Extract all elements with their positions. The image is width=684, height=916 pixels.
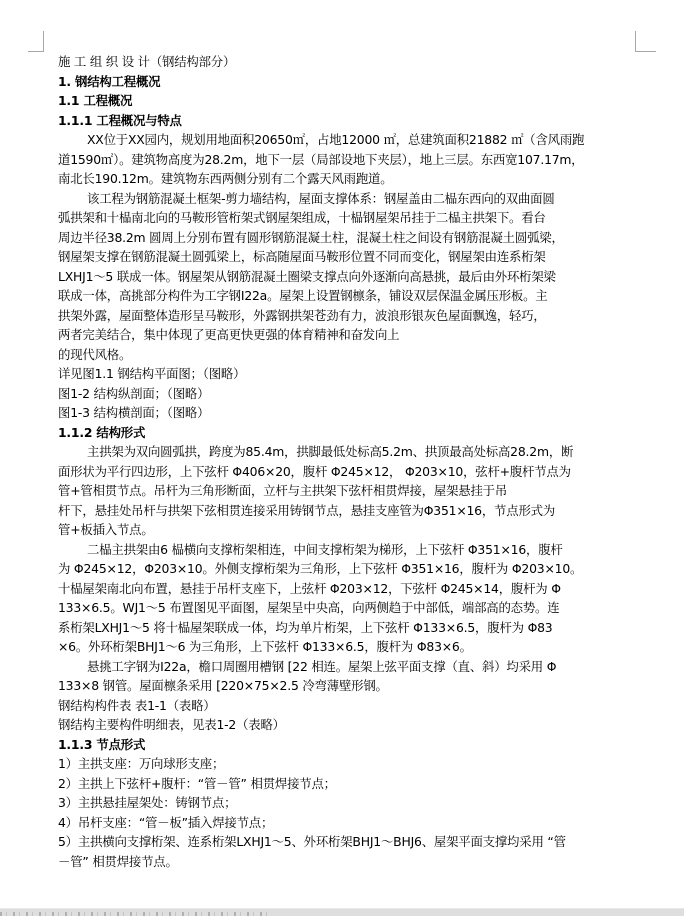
paragraph-line: 悬挑工字钢为I22a，檐口周圈用槽钢 [22 相连。屋架上弦平面支撑（直、斜）均… [58,657,638,677]
paragraph-line: 钢屋架支撑在钢筋混凝土圆弧梁上，标高随屋面马鞍形位置不同而变化，钢屋架由连系桁架 [58,247,638,267]
paragraph-line: ×6。外环桁架BHJ1～6 为三角形，上下弦杆 Φ133×6.5，腹杆为 Φ83… [58,637,638,657]
heading-1-1-2: 1.1.2 结构形式 [58,423,638,443]
status-bar [0,908,684,916]
list-item: 2）主拱上下弦杆+腹杆：“管－管” 相贯焊接节点； [58,774,638,794]
paragraph-line: 二榀主拱架由6 榀横向支撑桁架相连，中间支撑桁架为梯形，上下弦杆 Φ351×16… [58,540,638,560]
figure-ref: 图1-2 结构纵剖面；（图略） [58,384,638,404]
paragraph-line: 拱架外露，屋面整体造形呈马鞍形，外露钢拱架苍劲有力，波浪形银灰色屋面飘逸，轻巧， [58,306,638,326]
paragraph-line: 该工程为钢筋混凝土框架-剪力墙结构，屋面支撑体系：钢屋盖由二榀东西向的双曲面圆 [58,189,638,209]
paragraph-main-arch: 主拱架为双向圆弧拱，跨度为85.4m，拱脚最低处标高5.2m、拱顶最高处标高28… [58,442,638,540]
node-list: 1）主拱支座：万向球形支座； 2）主拱上下弦杆+腹杆：“管－管” 相贯焊接节点；… [58,754,638,871]
paragraph-line: 系桁架LXHJ1～5 将十榀屋架联成一体，均为单片桁架，上下弦杆 Φ133×6.… [58,618,638,638]
paragraph-line: 面形状为平行四边形，上下弦杆 Φ406×20，腹杆 Φ245×12， Φ203×… [58,462,638,482]
table-ref: 钢结构主要构件明细表，见表1-2（表略） [58,715,638,735]
paragraph-line: 弧拱架和十榀南北向的马鞍形管桁架式钢屋架组成，十榀钢屋架吊挂于二榀主拱架下。看台 [58,208,638,228]
paragraph-line: 道1590㎡）。建筑物高度为28.2m，地下一层（局部设地下夹层），地上三层。东… [58,150,638,170]
paragraph-line: 的现代风格。 [58,345,638,365]
paragraph-line: 十榀屋架南北向布置，悬挂于吊杆支座下，上弦杆 Φ203×12，下弦杆 Φ245×… [58,579,638,599]
paragraph-line: 管+板插入节点。 [58,520,638,540]
table-references: 钢结构构件表 表1-1（表略） 钢结构主要构件明细表，见表1-2（表略） [58,696,638,735]
top-right-margin-mark [635,31,656,52]
list-item: 5）主拱横向支撑桁架、连系桁架LXHJ1～5、外环桁架BHJ1～BHJ6、屋架平… [58,832,638,852]
paragraph-line: XX位于XX园内，规划用地面积20650㎡，占地12000 ㎡，总建筑面积218… [58,130,638,150]
paragraph-line: 联成一体，高挑部分构件为工字钢I22a。屋架上设置钢檩条，铺设双层保温金属压形板… [58,286,638,306]
figure-references: 详见图1.1 钢结构平面图；（图略） 图1-2 结构纵剖面；（图略） 图1-3 … [58,364,638,423]
paragraph-cantilever: 悬挑工字钢为I22a，檐口周圈用槽钢 [22 相连。屋架上弦平面支撑（直、斜）均… [58,657,638,696]
list-item: 4）吊杆支座：“管－板”插入焊接节点； [58,813,638,833]
paragraph-line: 133×8 钢管。屋面檩条采用 [220×75×2.5 冷弯薄壁形钢。 [58,676,638,696]
status-bar-text-cutoff [0,912,270,916]
paragraph-line: 管+管相贯节点。吊杆为三角形断面，立杆与主拱架下弦杆相贯焊接，屋架悬挂于吊 [58,481,638,501]
heading-1: 1. 钢结构工程概况 [58,72,638,92]
paragraph-line: 南北长190.12m。建筑物东西两侧分别有二个露天风雨跑道。 [58,169,638,189]
heading-1-1-3: 1.1.3 节点形式 [58,735,638,755]
heading-1-1: 1.1 工程概况 [58,91,638,111]
paragraph-overview: XX位于XX园内，规划用地面积20650㎡，占地12000 ㎡，总建筑面积218… [58,130,638,189]
paragraph-line: 为 Φ245×12，Φ203×10。外侧支撑桁架为三角形，上下弦杆 Φ351×1… [58,559,638,579]
paragraph-line: LXHJ1～5 联成一体。钢屋架从钢筋混凝土圈梁支撑点向外逐渐向高悬挑，最后由外… [58,267,638,287]
top-left-margin-mark [28,31,44,52]
list-item: 3）主拱悬挂屋架处：铸钢节点； [58,793,638,813]
paragraph-line: 杆下，悬挂处吊杆与拱架下弦相贯连接采用铸钢节点，悬挂支座管为Φ351×16，节点… [58,501,638,521]
document-body[interactable]: 施 工 组 织 设 计（钢结构部分） 1. 钢结构工程概况 1.1 工程概况 1… [58,52,638,871]
list-item: 1）主拱支座：万向球形支座； [58,754,638,774]
paragraph-line: 两者完美结合，集中体现了更高更快更强的体育精神和奋发向上 [58,325,638,345]
paragraph-line: 周边半径38.2m 圆周上分别布置有圆形钢筋混凝土柱，混凝土柱之间设有钢筋混凝土… [58,228,638,248]
figure-ref: 图1-3 结构横剖面；（图略） [58,403,638,423]
table-ref: 钢结构构件表 表1-1（表略） [58,696,638,716]
paragraph-trusses: 二榀主拱架由6 榀横向支撑桁架相连，中间支撑桁架为梯形，上下弦杆 Φ351×16… [58,540,638,657]
document-title: 施 工 组 织 设 计（钢结构部分） [58,52,638,72]
figure-ref: 详见图1.1 钢结构平面图；（图略） [58,364,638,384]
paragraph-line: 主拱架为双向圆弧拱，跨度为85.4m，拱脚最低处标高5.2m、拱顶最高处标高28… [58,442,638,462]
list-item: －管” 相贯焊接节点。 [58,852,638,872]
heading-1-1-1: 1.1.1 工程概况与特点 [58,111,638,131]
paragraph-line: 133×6.5。WJ1～5 布置图见平面图，屋架呈中央高，向两侧趋于中部低，端部… [58,598,638,618]
document-page[interactable]: 施 工 组 织 设 计（钢结构部分） 1. 钢结构工程概况 1.1 工程概况 1… [0,0,684,908]
paragraph-structure-system: 该工程为钢筋混凝土框架-剪力墙结构，屋面支撑体系：钢屋盖由二榀东西向的双曲面圆 … [58,189,638,365]
